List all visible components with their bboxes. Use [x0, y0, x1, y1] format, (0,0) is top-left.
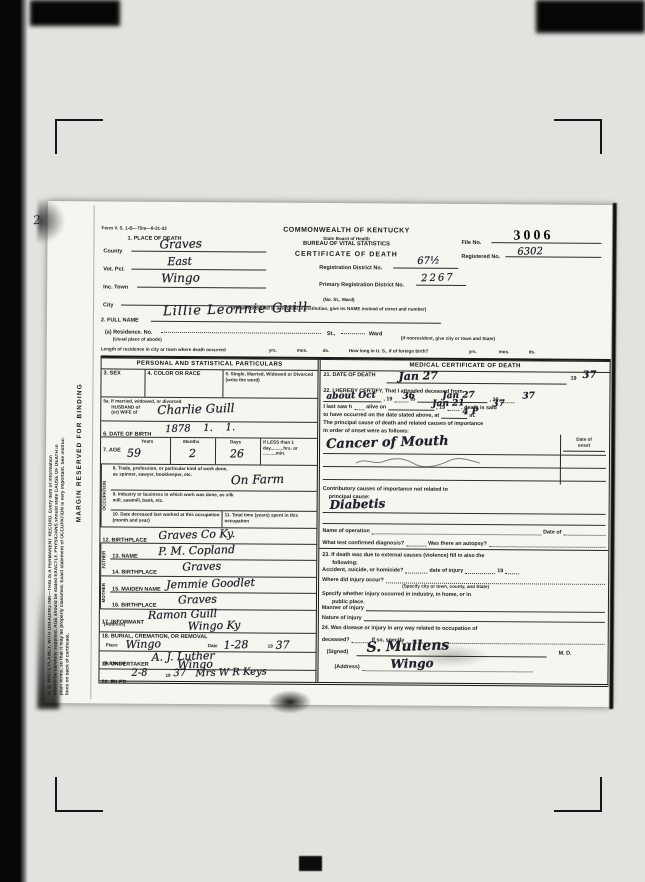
- crop-mark-top-right: [600, 119, 602, 154]
- binding-margin: N. B. WRITE PLAINLY, WITH UNFADING INK—T…: [47, 209, 94, 695]
- attended-to-year: 37: [522, 391, 535, 401]
- age-months-value: 2: [189, 447, 196, 460]
- burial-place-label: Place: [106, 642, 118, 648]
- operation-label: Name of operation: [322, 528, 369, 534]
- father-birthplace-label: 14. BIRTHPLACE: [112, 569, 157, 575]
- father-group: FATHER 13. NAME P. M. Copland 14. BIRTHP…: [100, 543, 316, 578]
- years-label: Years: [141, 439, 153, 445]
- certificate-form: Form V. S. 1-B—75m—8-31-32 1. PLACE OF D…: [98, 225, 611, 687]
- filed-year-value: 37: [173, 668, 186, 679]
- year-prefix: 19: [497, 568, 503, 574]
- nature-label: Nature of injury: [322, 615, 362, 621]
- filed-label: 20. FILED: [101, 679, 126, 685]
- blank-line: [489, 539, 605, 548]
- medical-section: MEDICAL CERTIFICATE OF DEATH 21. DATE OF…: [318, 360, 609, 684]
- if-less-cell: If LESS than 1 day..........hrs. or ....…: [261, 439, 317, 465]
- blank-line: [131, 260, 266, 271]
- registrar-signature: Mrs W R Keys: [195, 666, 267, 679]
- film-top-right-bar: [536, 0, 645, 33]
- county-value: Graves: [159, 236, 202, 251]
- vot-pct-label: Vot. Pct.: [103, 266, 125, 273]
- father-birthplace-field: 14. BIRTHPLACE Graves: [110, 559, 316, 576]
- last-worked-field: 10. Date deceased last worked at this oc…: [110, 510, 222, 527]
- blank-line: [366, 603, 605, 613]
- mos-label: mos.: [297, 348, 308, 354]
- spouse-value: Charlie Guill: [157, 401, 235, 417]
- form-number: Form V. S. 1-B—75m—8-31-32: [102, 225, 167, 231]
- date-of-death-label: 21. DATE OF DEATH: [324, 372, 376, 378]
- blank-line: [137, 278, 266, 289]
- county-label: County: [103, 248, 122, 255]
- age-label: 7. AGE: [103, 447, 121, 453]
- inc-town-value: Wingo: [161, 270, 200, 285]
- death-time-value: 4 P: [462, 407, 478, 417]
- inc-town-label: Inc. Town: [103, 284, 128, 291]
- occurred-label: to have occurred on the date stated abov…: [323, 412, 439, 419]
- mother-birthplace-value: Graves: [178, 593, 217, 607]
- blank-line: [563, 528, 605, 536]
- contributory-value: Diabetis: [329, 496, 385, 512]
- form-body: PERSONAL AND STATISTICAL PARTICULARS 3. …: [98, 357, 610, 687]
- occupation-side-label: OCCUPATION: [100, 464, 110, 526]
- birthplace-field: 12. BIRTHPLACE Graves Co Ky.: [100, 527, 316, 545]
- burial-year-value: 37: [275, 638, 289, 651]
- accident-label: Accident, suicide, or homicide?: [322, 567, 403, 574]
- last-saw-label: I last saw h: [323, 404, 352, 410]
- year-prefix: 19: [165, 673, 170, 679]
- ink-smudge: [412, 645, 490, 667]
- yrs-label: yrs.: [469, 349, 477, 355]
- blank-line: [354, 402, 364, 410]
- registered-no-value: 6302: [517, 246, 543, 258]
- age-years-value: 59: [127, 446, 141, 459]
- alive-on-label: alive on: [366, 404, 386, 410]
- margin-binding-label: MARGIN RESERVED FOR BINDING: [74, 209, 85, 695]
- where-injury-label: Where did injury occur?: [322, 577, 384, 583]
- residence-ward-label: Ward: [369, 331, 383, 338]
- specify-label: Specify whether injury occurred in indus…: [322, 591, 471, 598]
- crop-mark-bottom-right: [554, 810, 602, 812]
- primary-district-value: 2267: [421, 272, 455, 284]
- test-label: What test confirmed diagnosis?: [322, 540, 404, 547]
- spouse-field: 5a. If married, widowed, or divorced HUS…: [101, 397, 317, 423]
- filed-field: 20. FILED 2-8 19 37 Mrs W R Keys: [99, 669, 315, 682]
- nonresident-note: (If nonresident, give city or town and S…: [401, 335, 495, 341]
- blank-line: [341, 324, 365, 334]
- blank-line: [406, 539, 426, 547]
- occupation-group: OCCUPATION 8. Trade, profession, or part…: [100, 464, 316, 529]
- attended-from-year: 36: [402, 391, 415, 401]
- occupation-related-row: 24. Was disease or injury in any way rel…: [319, 622, 608, 644]
- industry-field: 9. Industry or business in which work wa…: [111, 490, 317, 511]
- registered-no-label: Registered No.: [461, 254, 500, 261]
- father-birthplace-value: Graves: [182, 560, 221, 574]
- external-label: 23. If death was due to external causes …: [322, 552, 484, 559]
- ds-label: ds.: [529, 349, 536, 355]
- md-label: M. D.: [559, 651, 572, 657]
- industry-label: 9. Industry or business in which work wa…: [113, 491, 238, 503]
- birthplace-value: Graves Co Ky.: [158, 527, 235, 542]
- blank-line: [388, 402, 434, 410]
- crop-mark-bottom-left: [55, 810, 103, 812]
- date-of-label: Date of: [543, 529, 561, 535]
- form-header: Form V. S. 1-B—75m—8-31-32 1. PLACE OF D…: [101, 225, 612, 361]
- abode-note: (Usual place of abode): [113, 336, 162, 342]
- bureau-title: BUREAU OF VITAL STATISTICS: [251, 240, 441, 248]
- informant-address-label: (Address): [104, 621, 125, 627]
- street-note: (No. St., Ward): [323, 297, 523, 304]
- crop-mark-bottom-left: [55, 777, 57, 812]
- city-label: City: [103, 302, 113, 309]
- rule-line: [323, 478, 606, 482]
- total-time-field: 11. Total time (years) spent in this occ…: [222, 511, 316, 528]
- microfilm-scan-page: 2 N. B. WRITE PLAINLY, WITH UNFADING INK…: [0, 0, 645, 882]
- burial-date-label: Date: [208, 643, 218, 649]
- autopsy-label: Was there an autopsy?: [428, 541, 487, 547]
- registration-district-value: 67½: [417, 255, 440, 267]
- trade-field: 8. Trade, profession, or particular kind…: [111, 464, 317, 491]
- last-worked-row: 10. Date deceased last worked at this oc…: [110, 510, 316, 527]
- injury-date-label: date of injury: [429, 568, 463, 574]
- age-years-cell: 7. AGE Years 59: [101, 437, 171, 463]
- principal-cause-label: The principal cause of death and related…: [323, 420, 483, 427]
- undertaker-address-label: (Address): [104, 660, 125, 666]
- crop-mark-top-left: [55, 119, 103, 121]
- film-edge-strip: [0, 0, 28, 882]
- registration-district-label: Registration District No.: [319, 265, 382, 272]
- mother-side-label: MOTHER: [100, 576, 110, 608]
- personal-section: PERSONAL AND STATISTICAL PARTICULARS 3. …: [99, 358, 320, 682]
- illegible-handwriting-scribble: [354, 455, 484, 468]
- age-days-cell: Days 26: [216, 438, 261, 464]
- marital-status-field: 5. Single, Married, Widowed or Divorced …: [223, 370, 317, 398]
- mos-label: mos.: [499, 349, 510, 355]
- blank-line: [161, 323, 321, 334]
- trade-value: On Farm: [231, 472, 285, 487]
- ink-smudge: [268, 690, 312, 714]
- manner-label: Manner of injury: [322, 605, 364, 611]
- father-name-value: P. M. Copland: [158, 543, 235, 558]
- crop-mark-top-right: [554, 119, 602, 121]
- blank-line: [405, 566, 427, 574]
- father-name-field: 13. NAME P. M. Copland: [110, 543, 316, 560]
- length-residence-label: Length of residence in city or town wher…: [101, 346, 226, 352]
- file-no-label: File No.: [461, 240, 481, 247]
- onset-header: onset: [563, 443, 605, 452]
- residence-st-label: St.,: [327, 331, 336, 338]
- dob-value: 1878 1. 1.: [165, 422, 235, 435]
- date-of-birth-field: 6. DATE OF BIRTH 1878 1. 1.: [101, 421, 317, 439]
- date-of-death-value: Jan 27: [398, 369, 438, 383]
- crop-mark-top-left: [55, 119, 57, 154]
- sex-field: 3. SEX: [101, 369, 145, 396]
- age-field: 7. AGE Years 59 Months 2 Days 26: [101, 437, 317, 466]
- last-saw-year: 37: [492, 399, 505, 409]
- father-side-label: FATHER: [100, 543, 110, 575]
- film-top-left-bar: [30, 0, 120, 26]
- days-label: Days: [230, 439, 241, 445]
- contributory-label: Contributory causes of importance not re…: [323, 486, 448, 493]
- signed-label: (Signed): [327, 649, 349, 655]
- informant-address-value: Wingo Ky: [188, 618, 241, 632]
- onset-column-divider: [560, 435, 561, 485]
- informant-field: 17. INFORMANT Ramon Guill (Address) Wing…: [100, 609, 316, 634]
- how-long-label: How long in U. S., if of foreign birth?: [349, 348, 429, 354]
- crop-mark-bottom-right: [600, 777, 602, 812]
- vot-pct-value: East: [167, 255, 192, 269]
- attended-from-value: about Oct: [326, 390, 376, 401]
- physician-address-label: (Address): [334, 664, 359, 670]
- blank-line: [372, 526, 541, 535]
- residence-label: (a) Residence. No.: [105, 329, 153, 336]
- mother-maiden-field: 15. MAIDEN NAME Jemmie Goodlet: [110, 576, 316, 593]
- mother-group: MOTHER 15. MAIDEN NAME Jemmie Goodlet 16…: [100, 576, 316, 611]
- cause-of-death-area: Date of onset Cancer of Mouth: [320, 433, 609, 485]
- cause-of-death-value: Cancer of Mouth: [326, 434, 449, 452]
- year-prefix: 19: [571, 376, 577, 382]
- burial-place-value: Wingo: [125, 637, 161, 651]
- color-race-field: 4. COLOR OR RACE: [145, 370, 223, 398]
- certify-block: 22. I HEREBY CERTIFY, That I attended de…: [320, 385, 609, 435]
- full-name-label: 2. FULL NAME: [101, 317, 139, 324]
- year-prefix: 19: [268, 644, 273, 650]
- last-saw-value: Jan 21: [432, 398, 465, 409]
- age-days-value: 26: [230, 447, 244, 460]
- onset-header: Date of: [563, 437, 605, 443]
- yrs-label: yrs.: [269, 348, 277, 354]
- ds-label: ds.: [323, 348, 330, 354]
- death-certificate: N. B. WRITE PLAINLY, WITH UNFADING INK—T…: [44, 201, 613, 707]
- burial-date-value: 1-28: [223, 638, 248, 652]
- sex-color-marital-row: 3. SEX 4. COLOR OR RACE 5. Single, Marri…: [101, 369, 317, 399]
- q24-label: 24. Was disease or injury in any way rel…: [322, 625, 478, 632]
- rule-line: [323, 511, 606, 515]
- mother-birthplace-label: 16. BIRTHPLACE: [112, 602, 157, 608]
- primary-district-label: Primary Registration District No.: [319, 282, 404, 289]
- contributory-area: Contributory causes of importance not re…: [320, 483, 609, 527]
- blank-line: [364, 613, 605, 623]
- film-frame-marker: [299, 856, 322, 871]
- blank-line: [465, 566, 495, 574]
- age-months-cell: Months 2: [171, 438, 216, 464]
- file-no-stamp: 3006: [513, 228, 553, 244]
- months-label: Months: [183, 439, 199, 445]
- filed-date-value: 2-8: [131, 667, 147, 678]
- date-of-death-year: 37: [582, 370, 596, 381]
- mother-maiden-value: Jemmie Goodlet: [166, 576, 255, 591]
- blank-line: [505, 566, 519, 574]
- trade-label: 8. Trade, profession, or particular kind…: [113, 465, 233, 477]
